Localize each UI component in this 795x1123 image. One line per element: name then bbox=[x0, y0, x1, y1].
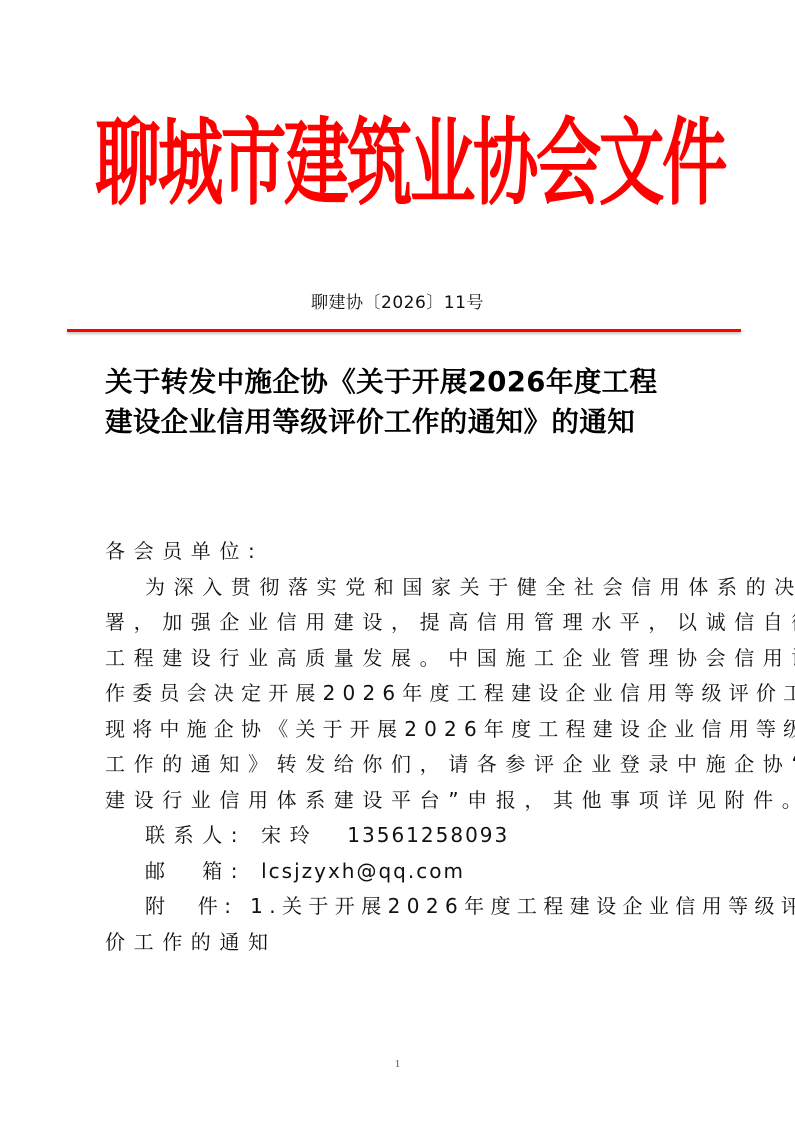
contact-line: 联系人: 宋玲 13561258093 bbox=[105, 818, 690, 854]
document-number: 聊建协〔2026〕11号 bbox=[0, 288, 795, 313]
masthead-title: 聊 城 市 建 筑 业 协 会 文 件 bbox=[88, 108, 718, 218]
masthead-char: 会 bbox=[536, 101, 585, 224]
masthead-char: 文 bbox=[599, 101, 648, 224]
title-line: 关于转发中施企协《关于开展2026年度工程 bbox=[105, 362, 705, 402]
masthead-char: 市 bbox=[221, 101, 270, 224]
masthead-char: 筑 bbox=[347, 101, 396, 224]
masthead-char: 聊 bbox=[95, 101, 144, 224]
attachment-line-continued: 价工作的通知 bbox=[105, 925, 690, 961]
contact-label: 联系人: bbox=[145, 823, 246, 847]
email-label: 邮 箱: bbox=[145, 859, 246, 883]
masthead-char: 业 bbox=[410, 101, 459, 224]
contact-name: 宋玲 bbox=[261, 823, 318, 847]
red-divider-rule bbox=[67, 329, 741, 332]
masthead-char: 件 bbox=[662, 101, 711, 224]
attachment-line: 附 件: 1.关于开展2026年度工程建设企业信用等级评 bbox=[105, 889, 690, 925]
contact-phone: 13561258093 bbox=[347, 823, 509, 847]
masthead-char: 建 bbox=[284, 101, 333, 224]
email-line: 邮 箱: lcsjzyxh@qq.com bbox=[105, 854, 690, 890]
attachment-item: 1.关于开展2026年度工程建设企业信用等级评 bbox=[250, 894, 795, 918]
body-line: 现将中施企协《关于开展2026年度工程建设企业信用等级评价 bbox=[105, 712, 690, 748]
attachment-label: 附 件: bbox=[145, 894, 237, 918]
body-line: 工作的通知》转发给你们，请各参评企业登录中施企协“工程 bbox=[105, 747, 690, 783]
body-line: 为深入贯彻落实党和国家关于健全社会信用体系的决策部 bbox=[105, 570, 690, 606]
document-title: 关于转发中施企协《关于开展2026年度工程 建设企业信用等级评价工作的通知》的通… bbox=[105, 362, 705, 442]
masthead-char: 城 bbox=[158, 101, 207, 224]
body-line: 建设行业信用体系建设平台”申报，其他事项详见附件。 bbox=[105, 783, 690, 819]
page-number: 1 bbox=[0, 1058, 795, 1070]
document-page: 聊 城 市 建 筑 业 协 会 文 件 聊建协〔2026〕11号 关于转发中施企… bbox=[0, 0, 795, 1123]
body-line: 作委员会决定开展2026年度工程建设企业信用等级评价工作。 bbox=[105, 676, 690, 712]
masthead-char: 协 bbox=[473, 101, 522, 224]
body-line: 工程建设行业高质量发展。中国施工企业管理协会信用评价工 bbox=[105, 641, 690, 677]
salutation: 各会员单位: bbox=[105, 534, 690, 570]
title-line: 建设企业信用等级评价工作的通知》的通知 bbox=[105, 402, 705, 442]
email-address[interactable]: lcsjzyxh@qq.com bbox=[261, 859, 465, 883]
document-body: 各会员单位: 为深入贯彻落实党和国家关于健全社会信用体系的决策部 署，加强企业信… bbox=[105, 534, 690, 960]
body-line: 署，加强企业信用建设，提高信用管理水平，以诚信自律赋能 bbox=[105, 605, 690, 641]
